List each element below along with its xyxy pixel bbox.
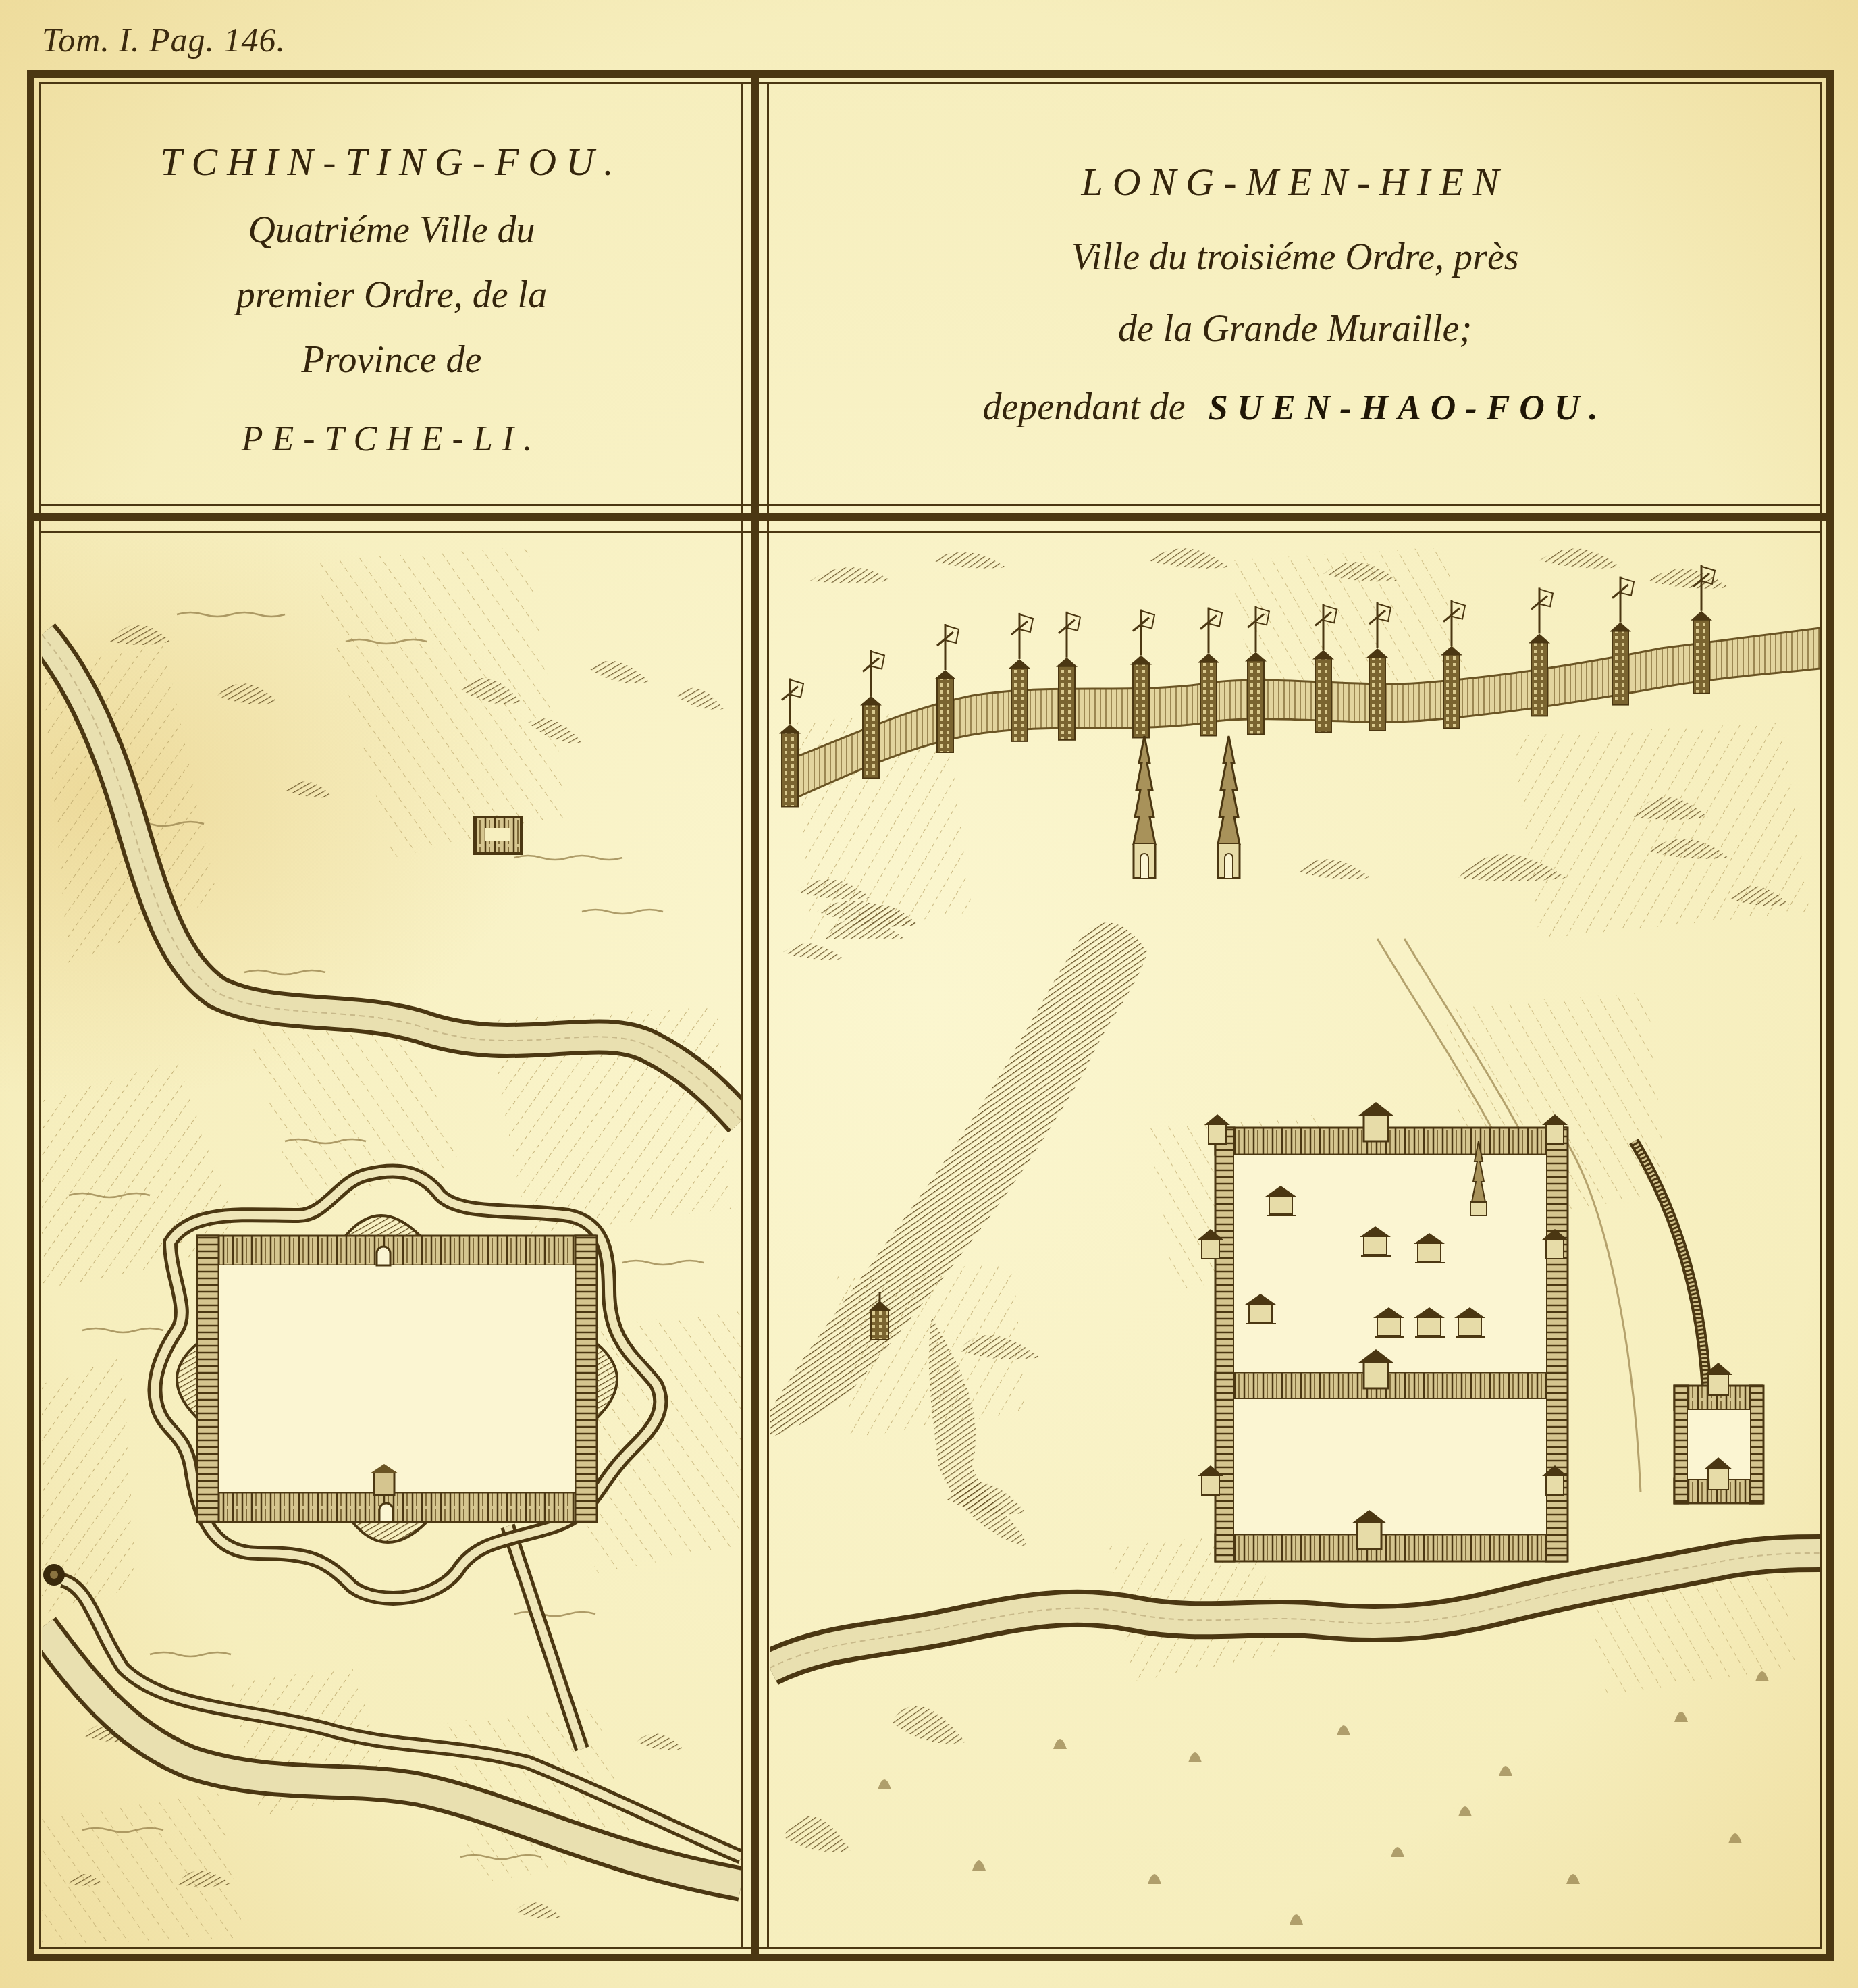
walled-town-long-men-hien bbox=[1198, 1102, 1568, 1561]
well-icon bbox=[43, 1564, 65, 1586]
ridge bbox=[770, 922, 1148, 1546]
pagoda bbox=[1134, 736, 1155, 878]
cartouche-line-2: premier Ordre, de la bbox=[42, 269, 741, 321]
panel-divider-horizontal-rule-bottom bbox=[39, 531, 1822, 533]
cartouche-line-2: de la Grande Muraille; bbox=[770, 303, 1820, 355]
map-left-svg bbox=[42, 533, 741, 1949]
cartouche-line-1: Ville du troisiéme Ordre, près bbox=[770, 232, 1820, 283]
panel-divider-vertical-rule-left bbox=[741, 82, 743, 1949]
small-fort bbox=[474, 817, 521, 854]
cartouche-title: TCHIN-TING-FOU. bbox=[42, 139, 741, 184]
cartouche-line-3: Province de bbox=[42, 334, 741, 386]
dependency-prefix: dependant de bbox=[983, 386, 1186, 428]
outpost-fort bbox=[1674, 1363, 1763, 1503]
cartouche-province: PE-TCHE-LI. bbox=[42, 419, 741, 459]
cartouche-line-1: Quatriéme Ville du bbox=[42, 205, 741, 256]
panel-divider-vertical-rule-right bbox=[767, 82, 769, 1949]
cartouche-long-men-hien: LONG-MEN-HIEN Ville du troisiéme Ordre, … bbox=[770, 85, 1820, 504]
walled-city-tchin-ting-fou bbox=[177, 1215, 617, 1542]
cartouche-title: LONG-MEN-HIEN bbox=[770, 159, 1820, 205]
panel-divider-horizontal bbox=[27, 513, 1834, 521]
cartouche-dependency-line: dependant de SUEN-HAO-FOU. bbox=[770, 382, 1820, 434]
panel-divider-horizontal-rule-top bbox=[39, 504, 1822, 506]
plate-reference: Tom. I. Pag. 146. bbox=[42, 20, 286, 59]
map-tchin-ting-fou bbox=[42, 533, 741, 1949]
shrubs bbox=[878, 1671, 1769, 1925]
dependency-name: SUEN-HAO-FOU. bbox=[1209, 389, 1608, 427]
pagoda bbox=[1218, 736, 1240, 878]
cartouche-tchin-ting-fou: TCHIN-TING-FOU. Quatriéme Ville du premi… bbox=[42, 85, 741, 504]
map-right-svg bbox=[770, 533, 1820, 1949]
panel-divider-vertical bbox=[751, 70, 759, 1961]
map-long-men-hien bbox=[770, 533, 1820, 1949]
